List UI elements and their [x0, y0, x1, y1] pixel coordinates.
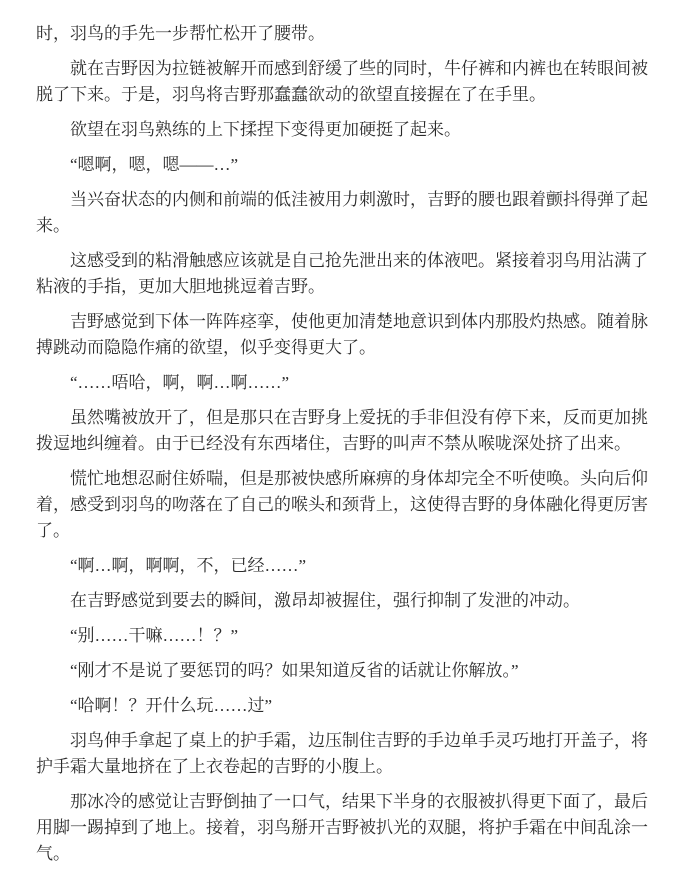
document-page: 时，羽鸟的手先一步帮忙松开了腰带。 就在吉野因为拉链被解开而感到舒缓了些的同时，…	[0, 0, 680, 880]
paragraph-2: 就在吉野因为拉链被解开而感到舒缓了些的同时，牛仔裤和内裤也在转眼间被脱了下来。于…	[36, 56, 648, 108]
paragraph-17: 那冰冷的感觉让吉野倒抽了一口气，结果下半身的衣服被扒得更下面了，最后用脚一踢掉到…	[36, 789, 648, 867]
dialogue-line-5: “刚才不是说了要惩罚的吗？如果知道反省的话就让你解放。”	[36, 658, 648, 684]
dialogue-line-1: “嗯啊，嗯，嗯——…”	[36, 152, 648, 178]
dialogue-line-4: “别……干嘛……！？”	[36, 623, 648, 649]
paragraph-6: 这感受到的粘滑触感应该就是自己抢先泄出来的体液吧。紧接着羽鸟用沾满了粘液的手指，…	[36, 248, 648, 300]
paragraph-3: 欲望在羽鸟熟练的上下揉捏下变得更加硬挺了起来。	[36, 117, 648, 143]
paragraph-16: 羽鸟伸手拿起了桌上的护手霜，边压制住吉野的手边单手灵巧地打开盖子，将护手霜大量地…	[36, 728, 648, 780]
dialogue-line-2: “……唔哈，啊，啊…啊……”	[36, 370, 648, 396]
paragraph-10: 慌忙地想忍耐住娇喘，但是那被快感所麻痹的身体却完全不听使唤。头向后仰着，感受到羽…	[36, 466, 648, 544]
paragraph-12: 在吉野感觉到要去的瞬间，激昂却被握住，强行抑制了发泄的冲动。	[36, 588, 648, 614]
dialogue-line-3: “啊…啊，啊啊，不，已经……”	[36, 553, 648, 579]
dialogue-line-6: “哈啊！？开什么玩……过”	[36, 693, 648, 719]
paragraph-7: 吉野感觉到下体一阵阵痉挛，使他更加清楚地意识到体内那股灼热感。随着脉搏跳动而隐隐…	[36, 309, 648, 361]
paragraph-5: 当兴奋状态的内侧和前端的低洼被用力刺激时，吉野的腰也跟着颤抖得弹了起来。	[36, 187, 648, 239]
paragraph-9: 虽然嘴被放开了，但是那只在吉野身上爱抚的手非但没有停下来，反而更加挑拨逗地纠缠着…	[36, 405, 648, 457]
paragraph-1: 时，羽鸟的手先一步帮忙松开了腰带。	[36, 21, 648, 47]
